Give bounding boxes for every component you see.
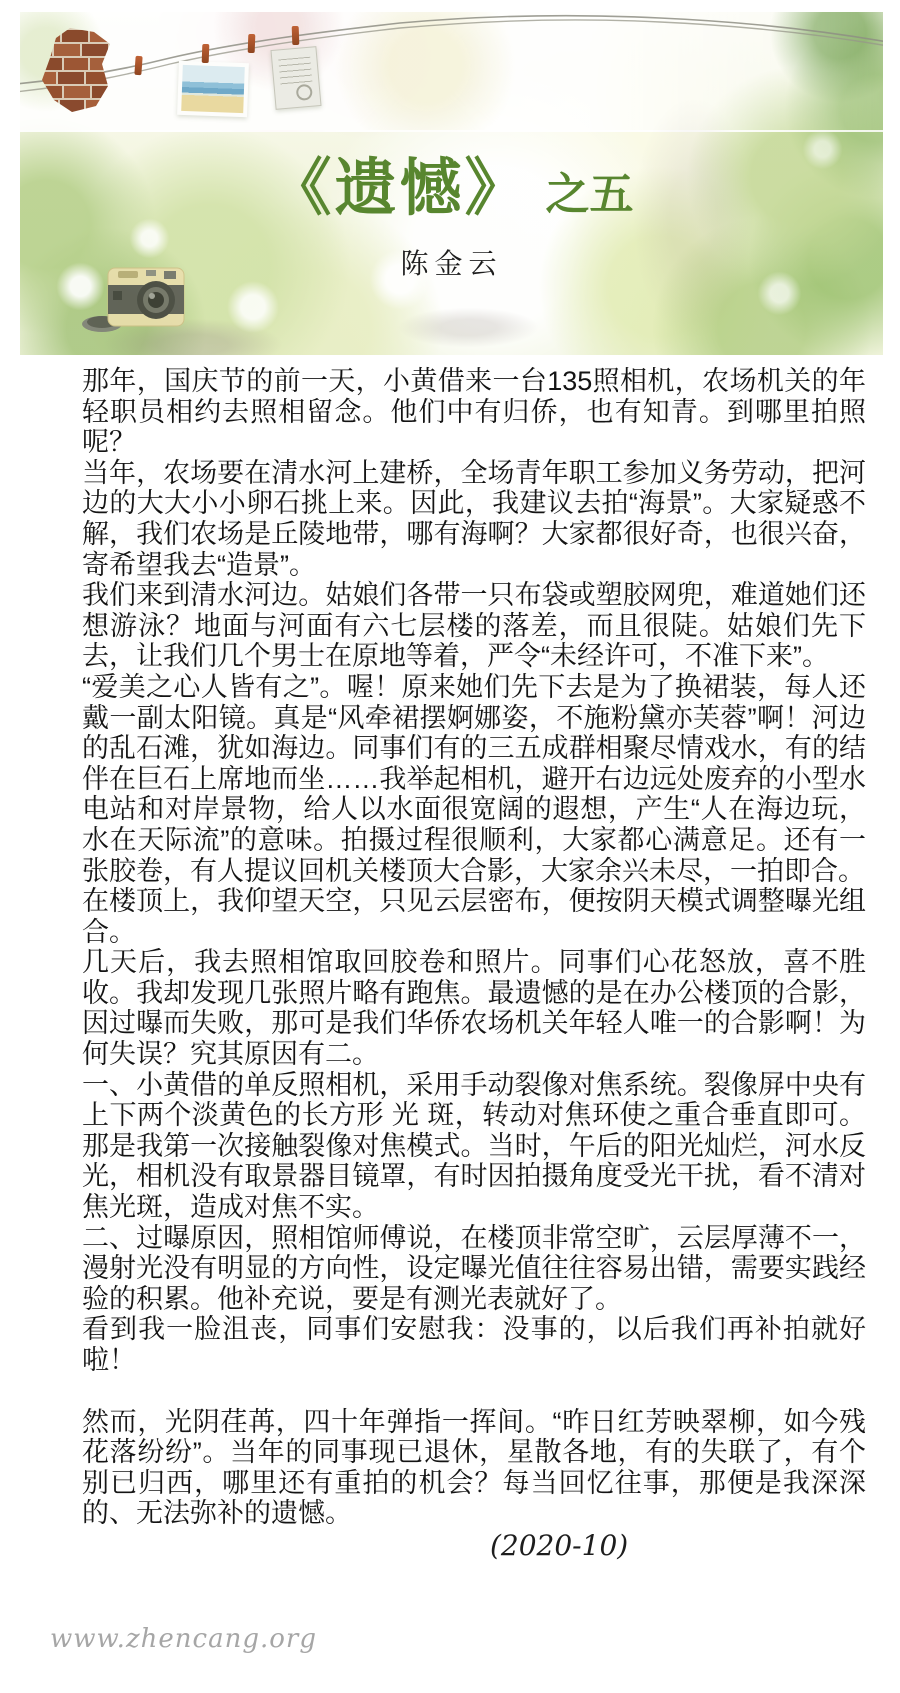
hanging-letter-icon bbox=[270, 46, 321, 110]
paragraph: 看到我一脸沮丧，同事们安慰我：没事的，以后我们再补拍就好啦！ bbox=[82, 1314, 866, 1375]
paragraph: 那年，国庆节的前一天，小黄借来一台135照相机，农场机关的年轻职员相约去照相留念… bbox=[82, 366, 866, 458]
title-main: 《遗憾》 bbox=[269, 154, 529, 223]
paragraph: 几天后，我去照相馆取回胶卷和照片。同事们心花怒放，喜不胜收。我却发现几张照片略有… bbox=[82, 947, 866, 1069]
clothesline-icon bbox=[20, 12, 883, 132]
paragraph: “爱美之心人皆有之”。喔！原来她们先下去是为了换裙装，每人还戴一副太阳镜。真是“… bbox=[82, 672, 866, 886]
article-body: 那年，国庆节的前一天，小黄借来一台135照相机，农场机关的年轻职员相约去照相留念… bbox=[82, 366, 866, 1562]
watermark: www.zhencang.org bbox=[50, 1624, 317, 1654]
paragraph: 我们来到清水河边。姑娘们各带一只布袋或塑胶网兜，难道她们还想游泳？地面与河面有六… bbox=[82, 580, 866, 672]
clothespin-icon bbox=[134, 56, 142, 75]
title-part: 之五 bbox=[546, 170, 634, 219]
paragraph: 二、过曝原因，照相馆师傅说，在楼顶非常空旷，云层厚薄不一，漫射光没有明显的方向性… bbox=[82, 1223, 866, 1315]
clothespin-icon bbox=[292, 26, 300, 45]
paragraph: 在楼顶上，我仰望天空，只见云层密布，便按阴天模式调整曝光组合。 bbox=[82, 886, 866, 947]
paragraph: 当年，农场要在清水河上建桥，全场青年职工参加义务劳动，把河边的大大小小卵石挑上来… bbox=[82, 458, 866, 580]
paragraph: 一、小黄借的单反照相机，采用手动裂像对焦系统。裂像屏中央有上下两个淡黄色的长方形… bbox=[82, 1070, 866, 1223]
beach-photo-image bbox=[181, 65, 245, 113]
letter-lines bbox=[278, 57, 312, 86]
header-banner: 《遗憾》之五 陈金云 bbox=[20, 12, 883, 355]
clothespin-icon bbox=[202, 44, 210, 63]
paragraph: 然而，光阴荏苒，四十年弹指一挥间。“昨日红芳映翠柳，如今残花落纷纷”。当年的同事… bbox=[82, 1407, 866, 1529]
article-page: 《遗憾》之五 陈金云 那年，国庆节的前一天，小黄借来一台135照相机，农场机关的… bbox=[0, 0, 900, 1693]
author-name: 陈金云 bbox=[20, 242, 883, 282]
article-date: (2020-10) bbox=[82, 1531, 866, 1562]
brick-wall-icon bbox=[42, 28, 110, 112]
letter-seal-icon bbox=[296, 84, 313, 101]
page-title: 《遗憾》之五 bbox=[20, 138, 883, 227]
clothespin-icon bbox=[248, 34, 256, 53]
beach-photo-icon bbox=[177, 61, 249, 117]
